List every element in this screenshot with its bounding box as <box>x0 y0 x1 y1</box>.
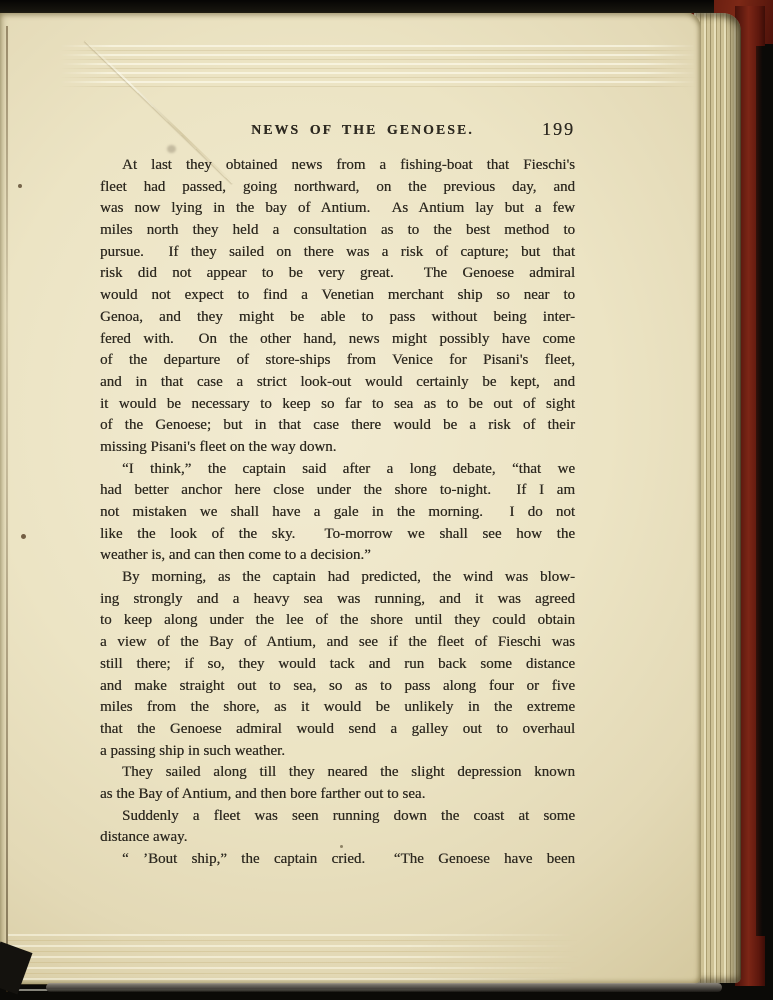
text-line: At last they obtained news from a fishin… <box>100 155 575 177</box>
text-line: risk did not appear to be very great. Th… <box>100 263 575 285</box>
text-line: miles north they held a consultation as … <box>100 220 575 242</box>
text-line: fleet had passed, going northward, on th… <box>100 177 575 199</box>
text-line: of the Genoese; but in that case there w… <box>100 415 575 437</box>
text-line: as the Bay of Antium, and then bore fart… <box>100 784 575 806</box>
running-header-title: NEWS OF THE GENOESE. <box>125 122 600 138</box>
text-line: fered with. On the other hand, news migh… <box>100 329 575 351</box>
text-line: distance away. <box>100 827 575 849</box>
text-line: Genoa, and they might be able to pass wi… <box>100 307 575 329</box>
text-line: ing strongly and a heavy sea was running… <box>100 589 575 611</box>
text-line: “I think,” the captain said after a long… <box>100 459 575 481</box>
page-number: 199 <box>542 119 575 140</box>
paragraph: By morning, as the captain had predicted… <box>100 567 575 762</box>
text-line: to keep along under the lee of the shore… <box>100 610 575 632</box>
text-line: They sailed along till they neared the s… <box>100 762 575 784</box>
book-scan: NEWS OF THE GENOESE. 199 At last they ob… <box>0 0 773 1000</box>
text-line: would not expect to find a Venetian merc… <box>100 285 575 307</box>
paragraph: “I think,” the captain said after a long… <box>100 459 575 567</box>
paragraph: “ ’Bout ship,” the captain cried. “The G… <box>100 849 575 871</box>
text-line: like the look of the sky. To-morrow we s… <box>100 524 575 546</box>
book-page: NEWS OF THE GENOESE. 199 At last they ob… <box>0 12 701 984</box>
text-line: “ ’Bout ship,” the captain cried. “The G… <box>100 849 575 871</box>
text-line: and make straight out to sea, so as to p… <box>100 676 575 698</box>
paper-speck <box>21 534 26 539</box>
text-line: not mistaken we shall have a gale in the… <box>100 502 575 524</box>
paper-crease-left <box>6 26 8 992</box>
scan-background-top <box>0 0 714 13</box>
page-text: At last they obtained news from a fishin… <box>100 155 575 871</box>
paragraph: Suddenly a fleet was seen running down t… <box>100 806 575 849</box>
text-line: had better anchor here close under the s… <box>100 480 575 502</box>
text-line: that the Genoese admiral would send a ga… <box>100 719 575 741</box>
paragraph: At last they obtained news from a fishin… <box>100 155 575 459</box>
text-line: By morning, as the captain had predicted… <box>100 567 575 589</box>
page-edges-stack <box>694 13 741 983</box>
text-line: and in that case a strict look-out would… <box>100 372 575 394</box>
text-line: it would be necessary to keep so far to … <box>100 394 575 416</box>
page-bottom-edge <box>46 983 722 992</box>
running-header: NEWS OF THE GENOESE. 199 <box>100 122 575 144</box>
paper-smudge <box>167 145 176 153</box>
text-line: was now lying in the bay of Antium. As A… <box>100 198 575 220</box>
text-line: missing Pisani's fleet on the way down. <box>100 437 575 459</box>
text-line: pursue. If they sailed on there was a ri… <box>100 242 575 264</box>
text-line: a view of the Bay of Antium, and see if … <box>100 632 575 654</box>
text-line: Suddenly a fleet was seen running down t… <box>100 806 575 828</box>
text-line: a passing ship in such weather. <box>100 741 575 763</box>
paper-speck <box>18 184 22 188</box>
paper-ridge-top <box>60 45 696 87</box>
text-line: of the departure of store-ships from Ven… <box>100 350 575 372</box>
paragraph: They sailed along till they neared the s… <box>100 762 575 805</box>
text-line: still there; if so, they would tack and … <box>100 654 575 676</box>
text-line: weather is, and can then come to a decis… <box>100 545 575 567</box>
text-line: miles from the shore, as it would be unl… <box>100 697 575 719</box>
scan-background-right <box>756 46 773 936</box>
